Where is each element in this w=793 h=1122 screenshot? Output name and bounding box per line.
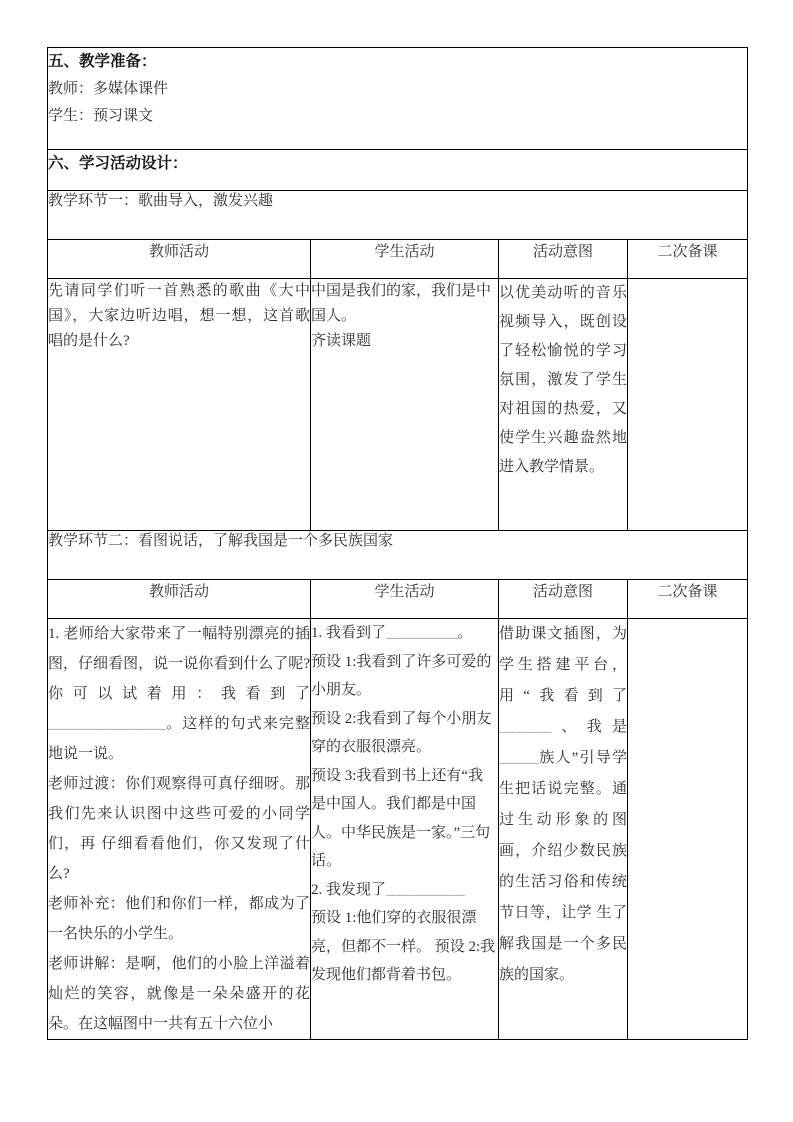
stage1-header-row: 教师活动 学生活动 活动意图 二次备课 [48,240,748,279]
stage1-student-activity-cell: 中国是我们的家，我们是中国人。 齐读课题 [311,279,499,531]
header-second-preparation: 二次备课 [628,580,748,619]
design-title-row: 六、学习活动设计： [48,150,748,191]
stage2-activity-intent-cell: 借助课文插图，为学生搭建平台，用“我看到了________、我是______族人… [499,619,628,1040]
preparation-student-line: 学生：预习课文 [48,103,747,130]
stage2-student-activity-cell: 1. 我看到了___________。 预设 1:我看到了许多可爱的小朋友。 预… [311,619,499,1040]
stage1-teacher-activity-cell: 先请同学们听一首熟悉的歌曲《大中国》，大家边听边唱，想一想，这首歌唱的是什么? [48,279,311,531]
stage2-title: 教学环节二：看图说话，了解我国是一个多民族国家 [48,531,747,551]
stage1-second-prep-cell [628,279,748,531]
document-page: { "doc": { "preparation": { "title": "五、… [0,0,793,1122]
design-title: 六、学习活动设计： [48,150,747,178]
stage1-title-row: 教学环节一：歌曲导入，激发兴趣 [48,191,748,240]
lesson-plan-table: 五、教学准备： 教师：多媒体课件 学生：预习课文 六、学习活动设计： 教学环节一… [47,47,748,1040]
design-title-cell: 六、学习活动设计： [48,150,748,191]
stage2-activity-intent-text: 借助课文插图，为学生搭建平台，用“我看到了________、我是______族人… [499,619,627,991]
stage2-teacher-activity-cell: 1. 老师给大家带来了一幅特别漂亮的插图，仔细看图，说一说你看到什么了呢?你可以… [48,619,311,1040]
preparation-teacher-line: 教师：多媒体课件 [48,76,747,103]
stage2-header-row: 教师活动 学生活动 活动意图 二次备课 [48,580,748,619]
preparation-title: 五、教学准备： [48,48,747,76]
stage1-student-activity-text: 中国是我们的家，我们是中国人。 齐读课题 [311,279,498,354]
header-activity-intent: 活动意图 [499,580,628,619]
stage1-title-cell: 教学环节一：歌曲导入，激发兴趣 [48,191,748,240]
preparation-cell: 五、教学准备： 教师：多媒体课件 学生：预习课文 [48,48,748,150]
header-teacher-activity: 教师活动 [48,580,311,619]
stage2-title-cell: 教学环节二：看图说话，了解我国是一个多民族国家 [48,531,748,580]
header-student-activity: 学生活动 [311,580,499,619]
stage1-content-row: 先请同学们听一首熟悉的歌曲《大中国》，大家边听边唱，想一想，这首歌唱的是什么? … [48,279,748,531]
stage1-activity-intent-cell: 以优美动听的音乐视频导入，既创设了轻松愉悦的学习氛围，激发了学生对祖国的热爱，又… [499,279,628,531]
stage2-title-row: 教学环节二：看图说话，了解我国是一个多民族国家 [48,531,748,580]
header-student-activity: 学生活动 [311,240,499,279]
header-second-preparation: 二次备课 [628,240,748,279]
stage2-content-row: 1. 老师给大家带来了一幅特别漂亮的插图，仔细看图，说一说你看到什么了呢?你可以… [48,619,748,1040]
header-activity-intent: 活动意图 [499,240,628,279]
preparation-row: 五、教学准备： 教师：多媒体课件 学生：预习课文 [48,48,748,150]
stage2-student-activity-text: 1. 我看到了___________。 预设 1:我看到了许多可爱的小朋友。 预… [311,619,498,990]
stage1-teacher-activity-text: 先请同学们听一首熟悉的歌曲《大中国》，大家边听边唱，想一想，这首歌唱的是什么? [48,279,310,354]
stage2-teacher-activity-text: 1. 老师给大家带来了一幅特别漂亮的插图，仔细看图，说一说你看到什么了呢?你可以… [48,619,310,1039]
stage2-second-prep-cell [628,619,748,1040]
stage1-activity-intent-text: 以优美动听的音乐视频导入，既创设了轻松愉悦的学习氛围，激发了学生对祖国的热爱，又… [499,279,627,482]
header-teacher-activity: 教师活动 [48,240,311,279]
stage1-title: 教学环节一：歌曲导入，激发兴趣 [48,191,747,211]
